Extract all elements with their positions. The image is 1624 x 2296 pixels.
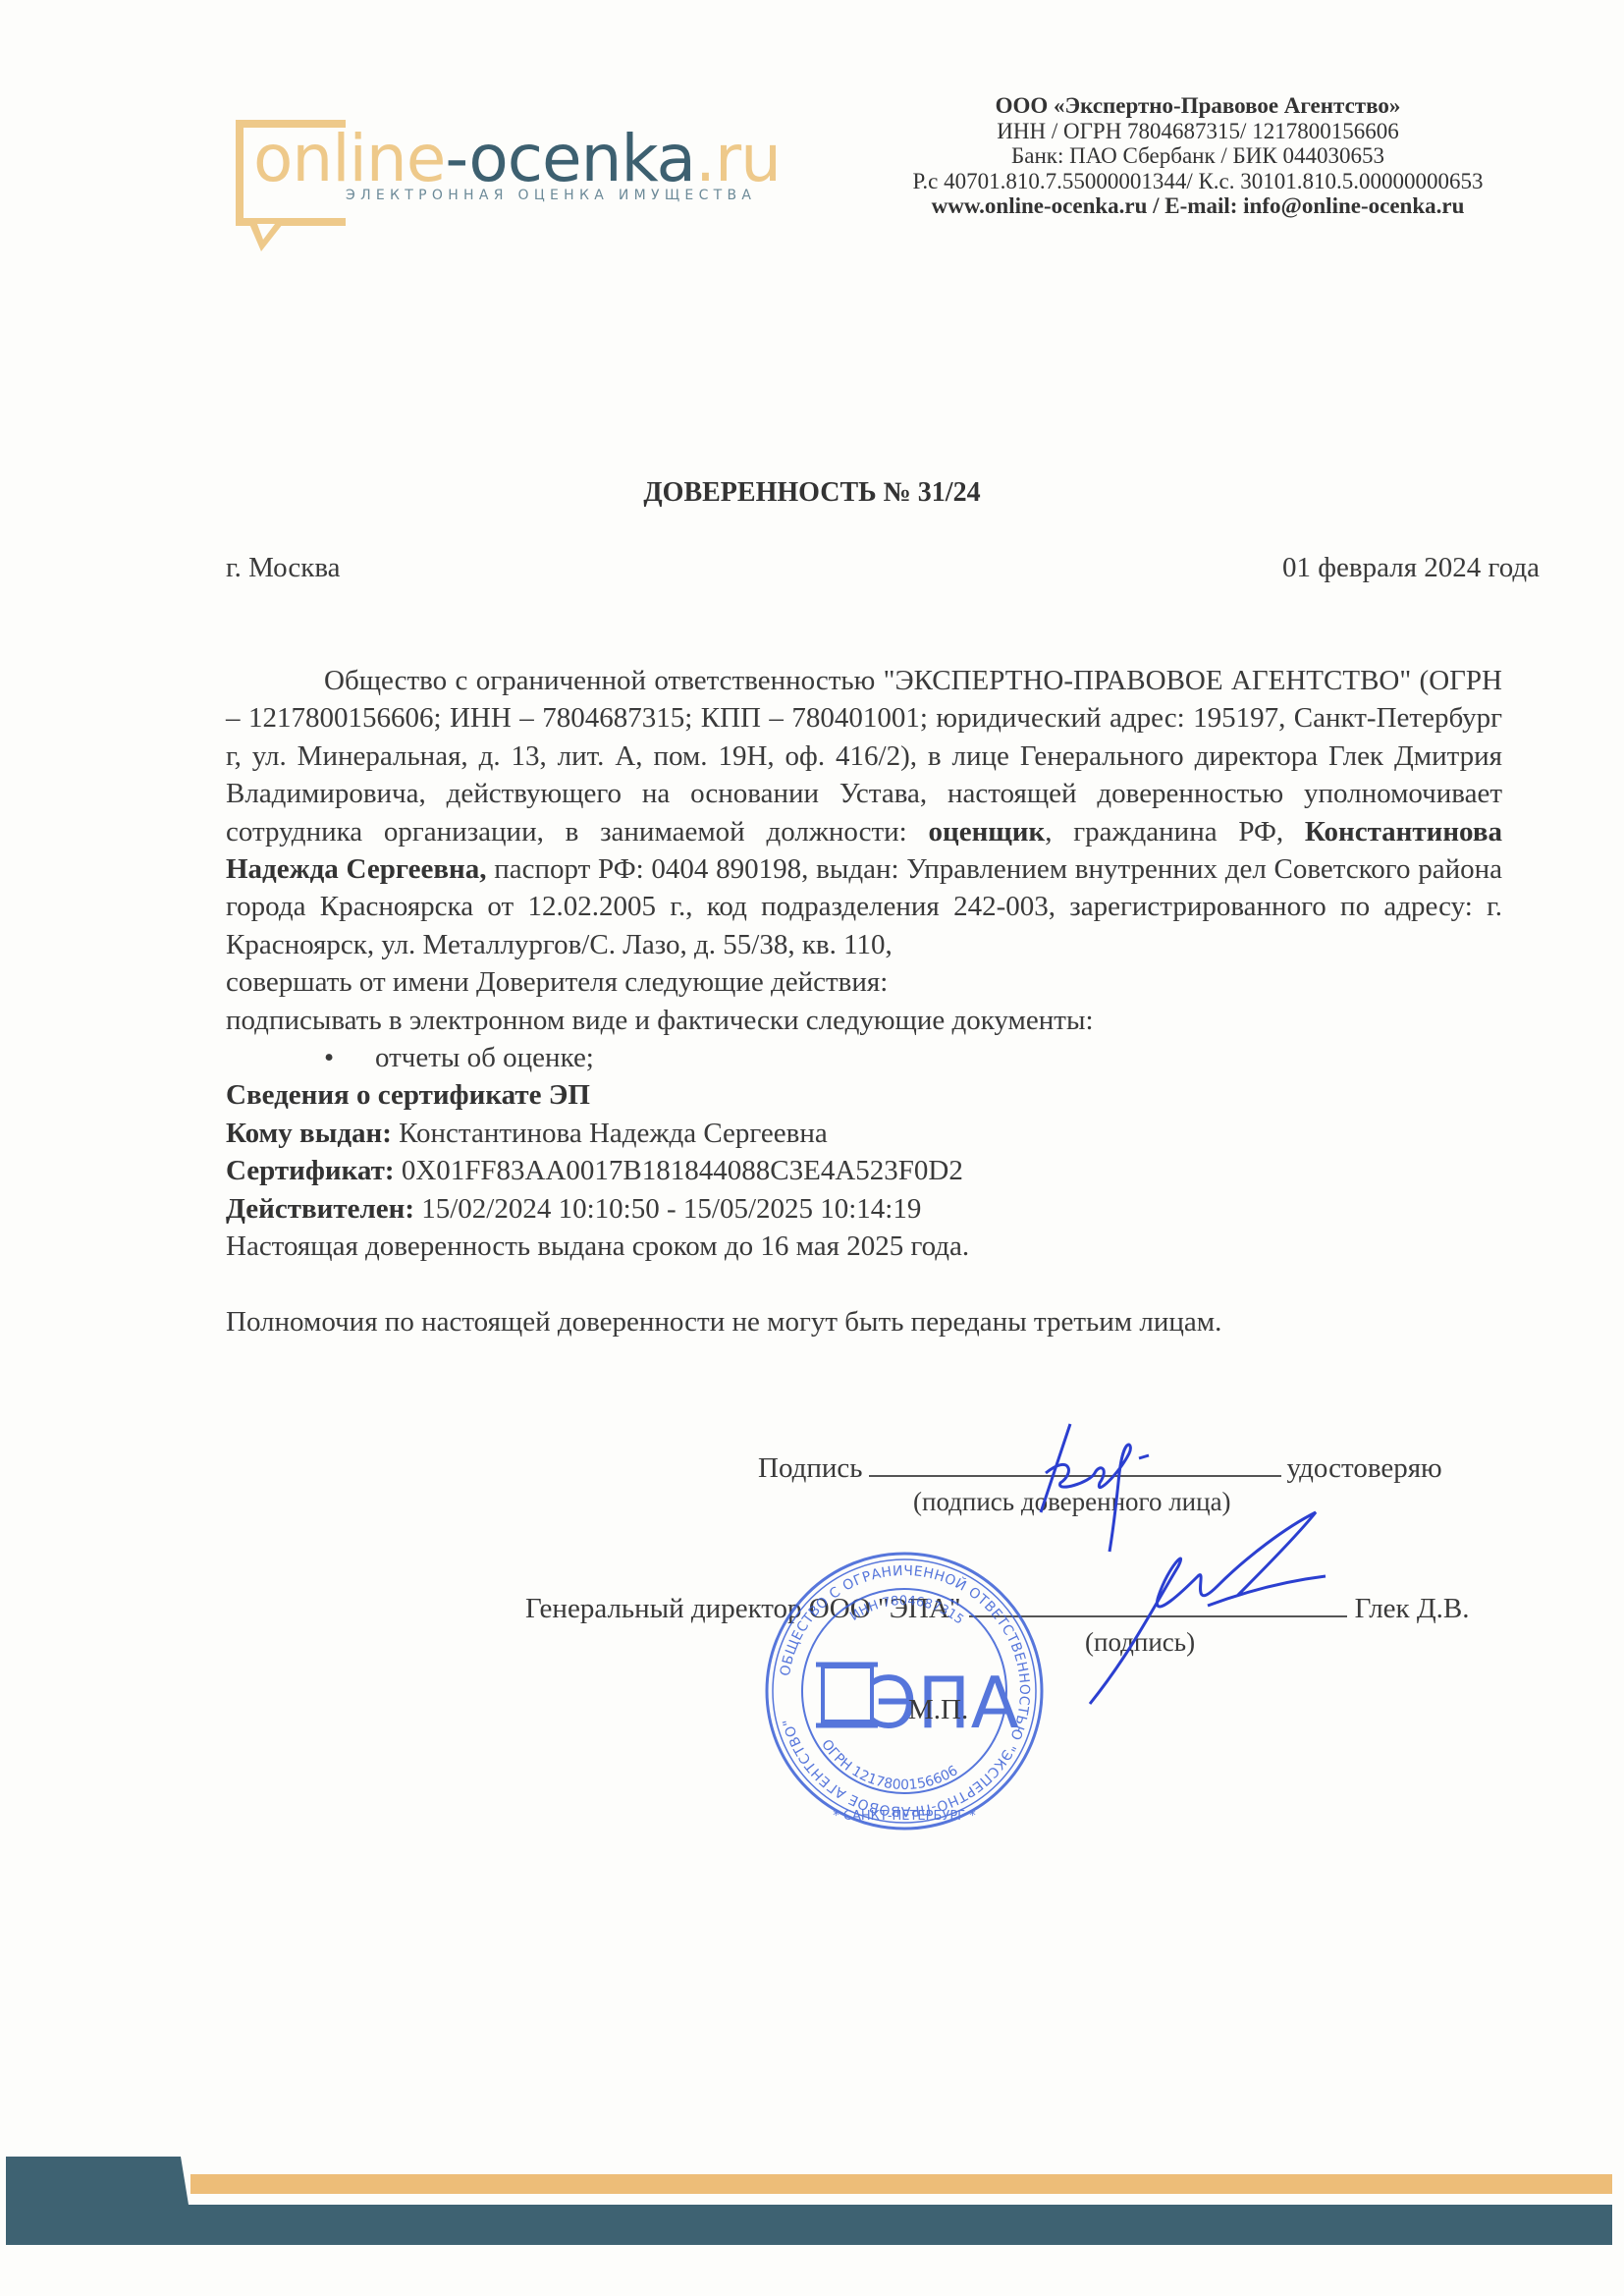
company-seal-stamp-icon: ОБЩЕСТВО С ОГРАНИЧЕННОЙ ОТВЕТСТВЕННОСТЬЮ… — [762, 1549, 1047, 1833]
seal-place-label: М.П. — [908, 1694, 968, 1726]
logo-tagline: ЭЛЕКТРОННАЯ ОЦЕНКА ИМУЩЕСТВА — [346, 188, 756, 203]
position-title: оценщик — [929, 816, 1046, 847]
director-handwritten-signature-icon — [1070, 1507, 1345, 1723]
actions-intro: совершать от имени Доверителя следующие … — [226, 963, 1502, 1001]
document-title: ДОВЕРЕННОСТЬ № 31/24 — [0, 477, 1624, 509]
logo-bubble-tail-inner — [257, 224, 275, 240]
svg-text:* САНКТ-ПЕТЕРБУРГ *: * САНКТ-ПЕТЕРБУРГ * — [833, 1809, 976, 1824]
cert-issued-to-value: Константинова Надежда Сергеевна — [392, 1118, 828, 1149]
document-city: г. Москва — [226, 552, 341, 584]
cert-validity-label: Действителен: — [226, 1193, 414, 1225]
term-statement: Настоящая доверенность выдана сроком до … — [226, 1228, 1502, 1265]
list-item-text: отчеты об оценке; — [375, 1042, 594, 1073]
company-accounts: Р.с 40701.810.7.55000001344/ К.с. 30101.… — [844, 169, 1551, 194]
cert-number-value: 0X01FF83AA0017B181844088C3E4A523F0D2 — [395, 1155, 963, 1186]
spacer — [226, 1266, 1502, 1303]
logo-text-ru: .ru — [695, 121, 781, 196]
cert-issued-to-label: Кому выдан: — [226, 1118, 392, 1149]
logo-text-online: online — [253, 121, 445, 196]
cert-heading: Сведения о сертификате ЭП — [226, 1076, 1502, 1114]
company-bank: Банк: ПАО Сбербанк / БИК 044030653 — [844, 143, 1551, 169]
footer-stripes — [0, 2151, 1624, 2259]
company-requisites: ООО «Экспертно-Правовое Агентство» ИНН /… — [844, 93, 1551, 219]
cert-issued-to: Кому выдан: Константинова Надежда Сергее… — [226, 1115, 1502, 1152]
certify-label: удостоверяю — [1287, 1452, 1442, 1484]
paragraph-text: , гражданина РФ, — [1045, 816, 1305, 847]
company-contacts: www.online-ocenka.ru / E-mail: info@onli… — [844, 193, 1551, 219]
list-item: •отчеты об оценке; — [226, 1039, 1502, 1076]
bullet-icon: • — [324, 1039, 375, 1076]
cert-validity: Действителен: 15/02/2024 10:10:50 - 15/0… — [226, 1190, 1502, 1228]
document-body: Общество с ограниченной ответственностью… — [226, 662, 1502, 1340]
cert-number-label: Сертификат: — [226, 1155, 395, 1186]
director-name: Глек Д.В. — [1355, 1593, 1470, 1624]
cert-number: Сертификат: 0X01FF83AA0017B181844088C3E4… — [226, 1152, 1502, 1189]
sign-label: Подпись — [758, 1452, 863, 1484]
sign-docs-intro: подписывать в электронном виде и фактиче… — [226, 1002, 1502, 1039]
company-name: ООО «Экспертно-Правовое Агентство» — [844, 93, 1551, 119]
logo-text-ocenka: -ocenka — [445, 121, 695, 196]
cert-validity-value: 15/02/2024 10:10:50 - 15/05/2025 10:14:1… — [414, 1193, 921, 1225]
main-paragraph: Общество с ограниченной ответственностью… — [226, 662, 1502, 963]
logo-wordmark: online-ocenka.ru — [253, 120, 781, 198]
no-transfer-statement: Полномочия по настоящей доверенности не … — [226, 1303, 1502, 1340]
company-inn-ogrn: ИНН / ОГРН 7804687315/ 1217800156606 — [844, 119, 1551, 144]
document-date: 01 февраля 2024 года — [1282, 552, 1540, 584]
